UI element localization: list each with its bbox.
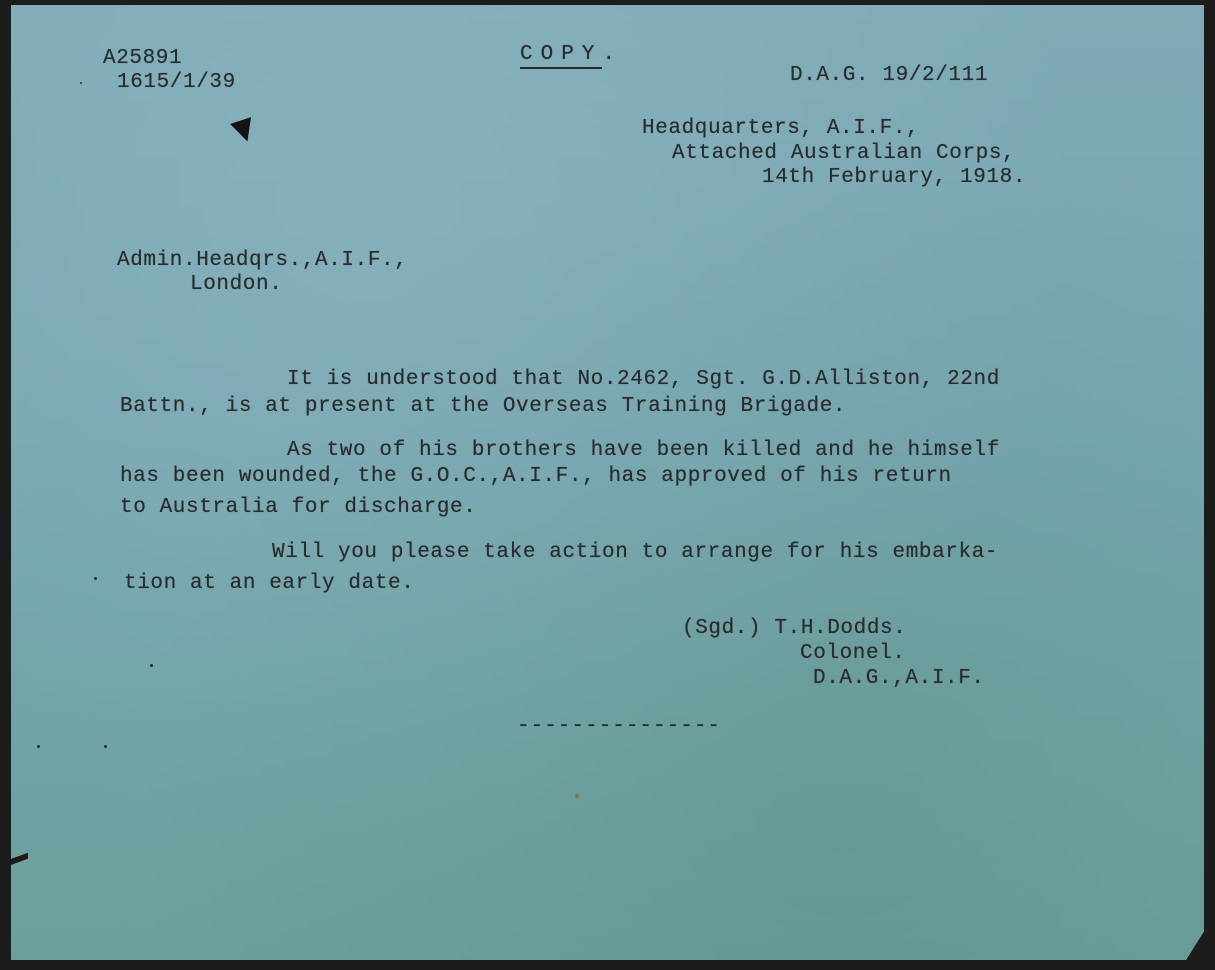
copy-label: COPY [520, 43, 602, 69]
body-paragraph-2-line: to Australia for discharge. [120, 495, 476, 521]
end-divider: --------------- [517, 714, 721, 740]
body-paragraph-2-line: has been wounded, the G.O.C.,A.I.F., has… [120, 464, 952, 490]
signature-title: D.A.G.,A.I.F. [813, 666, 985, 692]
copy-heading: COPY. [520, 42, 623, 68]
body-paragraph-3-line: Will you please take action to arrange f… [272, 540, 998, 566]
sender-address-line: Attached Australian Corps, [672, 141, 1015, 167]
reference-number: A25891 [103, 46, 182, 72]
body-paragraph-1-line: It is understood that No.2462, Sgt. G.D.… [287, 367, 1000, 393]
dag-reference: D.A.G. 19/2/111 [790, 63, 988, 89]
letter-date: 14th February, 1918. [762, 165, 1026, 191]
body-paragraph-1-line: Battn., is at present at the Overseas Tr… [120, 394, 846, 420]
recipient-address-line: London. [190, 272, 282, 298]
ink-speck [150, 664, 153, 667]
signature-name: (Sgd.) T.H.Dodds. [682, 616, 906, 642]
body-paragraph-3-line: tion at an early date. [124, 571, 414, 597]
file-number: 1615/1/39 [117, 70, 236, 96]
sender-address-line: Headquarters, A.I.F., [642, 116, 919, 142]
ink-speck [37, 745, 40, 748]
signature-rank: Colonel. [800, 641, 906, 667]
body-paragraph-2-line: As two of his brothers have been killed … [287, 438, 1000, 464]
copy-period: . [602, 43, 623, 66]
ink-speck [94, 577, 97, 580]
ink-speck [575, 794, 579, 798]
scan-frame: A25891 1615/1/39 COPY. D.A.G. 19/2/111 H… [0, 0, 1215, 970]
ink-speck [80, 82, 82, 84]
ink-speck [104, 745, 107, 748]
recipient-address-line: Admin.Headqrs.,A.I.F., [117, 248, 407, 274]
